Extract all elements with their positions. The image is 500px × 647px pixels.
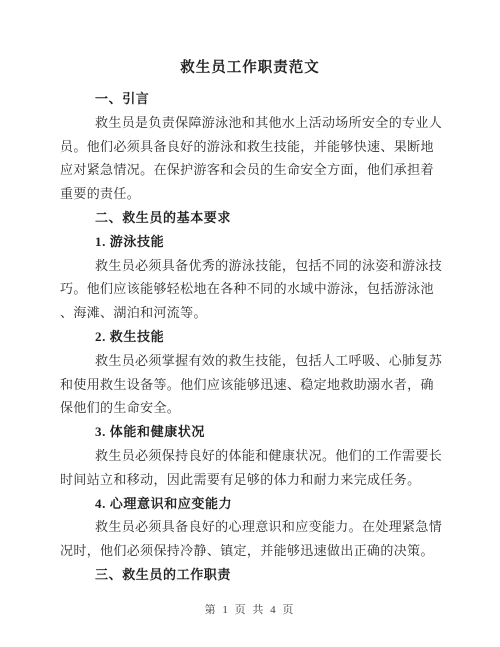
document-page: 救生员工作职责范文 一、引言救生员是负责保障游泳池和其他水上活动场所安全的专业人… <box>0 0 500 647</box>
paragraph-line: 和使用救生设备等。他们应该能够迅速、稳定地救助溺水者，确 <box>60 373 442 397</box>
section-heading: 二、救生员的基本要求 <box>60 206 442 230</box>
paragraph-line: 保他们的生命安全。 <box>60 396 442 420</box>
paragraph-line: 重要的责任。 <box>60 182 442 206</box>
section-heading: 2. 救生技能 <box>60 325 442 349</box>
page-number-footer: 第 1 页 共 4 页 <box>0 601 500 617</box>
paragraph-line: 时间站立和移动，因此需要有足够的体力和耐力来完成任务。 <box>60 468 442 492</box>
paragraph-line: 巧。他们应该能够轻松地在各种不同的水域中游泳，包括游泳池 <box>60 277 442 301</box>
paragraph-line: 救生员必须掌握有效的救生技能，包括人工呼吸、心肺复苏 <box>60 349 442 373</box>
paragraph-line: 、海滩、湖泊和河流等。 <box>60 301 442 325</box>
paragraph-line: 况时，他们必须保持冷静、镇定，并能够迅速做出正确的决策。 <box>60 539 442 563</box>
section-heading: 三、救生员的工作职责 <box>60 563 442 587</box>
paragraph-line: 救生员必须具备良好的心理意识和应变能力。在处理紧急情 <box>60 515 442 539</box>
paragraph-line: 救生员是负责保障游泳池和其他水上活动场所安全的专业人 <box>60 111 442 135</box>
paragraph-line: 救生员必须保持良好的体能和健康状况。他们的工作需要长 <box>60 444 442 468</box>
document-body: 一、引言救生员是负责保障游泳池和其他水上活动场所安全的专业人员。他们必须具备良好… <box>60 87 442 587</box>
document-title: 救生员工作职责范文 <box>0 0 500 79</box>
paragraph-line: 员。他们必须具备良好的游泳和救生技能，并能够快速、果断地 <box>60 135 442 159</box>
paragraph-line: 救生员必须具备优秀的游泳技能，包括不同的泳姿和游泳技 <box>60 254 442 278</box>
section-heading: 4. 心理意识和应变能力 <box>60 492 442 516</box>
section-heading: 一、引言 <box>60 87 442 111</box>
paragraph-line: 应对紧急情况。在保护游客和会员的生命安全方面，他们承担着 <box>60 158 442 182</box>
section-heading: 3. 体能和健康状况 <box>60 420 442 444</box>
section-heading: 1. 游泳技能 <box>60 230 442 254</box>
